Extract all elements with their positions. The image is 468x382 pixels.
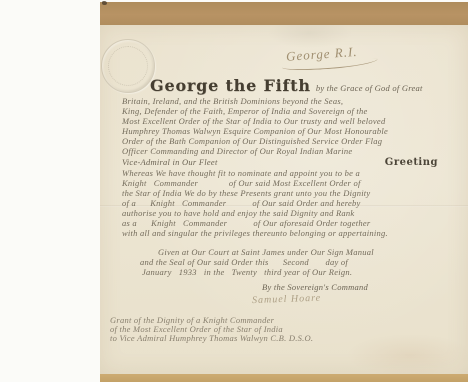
body-line: Given at Our Court at Saint James under … [140,247,440,257]
body-line: authorise you to have hold and enjoy the… [122,208,442,218]
body-line: Order of the Bath Companion of Our Disti… [122,136,442,146]
body-line: January 1933 in the Twenty third year of… [140,267,440,277]
album-page-band-top [100,2,468,25]
body-line: Officer Commanding and Director of Our R… [122,146,442,156]
embossed-seal-inner-ring [108,46,148,86]
body-line: the Star of India We do by these Present… [122,188,442,198]
body-line: with all and singular the privileges the… [122,228,442,238]
docket-annotation: Grant of the Dignity of a Knight Command… [110,316,360,343]
document-heading-row: George the Fifth by the Grace of God of … [150,76,462,95]
sovereigns-command-line: By the Sovereign's Command [220,282,410,292]
body-line: as a Knight Commander of Our aforesaid O… [122,218,442,228]
dating-clause-paragraph: Given at Our Court at Saint James under … [140,247,440,277]
salutation-text: Vice-Admiral in Our Fleet [122,157,218,167]
body-line: Britain, Ireland, and the British Domini… [122,96,442,106]
body-line: of a Knight Commander of Our said Order … [122,198,442,208]
body-line: Humphrey Thomas Walwyn Esquire Companion… [122,126,442,136]
heading-continuation: by the Grace of God of Great [316,83,423,93]
preamble-paragraph: Britain, Ireland, and the British Domini… [122,96,442,156]
greeting-word: Greeting [385,157,438,168]
docket-line: to Vice Admiral Humphrey Thomas Walwyn C… [110,334,360,343]
body-line: Knight Commander of Our said Most Excell… [122,178,442,188]
body-line: King, Defender of the Faith, Emperor of … [122,106,442,116]
document-heading: George the Fifth [150,76,311,95]
album-corner-speck [102,1,107,5]
body-line: and the Seal of Our said Order this Seco… [140,257,440,267]
embossed-seal-icon [101,39,155,93]
salutation-line: Vice-Admiral in Our Fleet Greeting [122,157,438,168]
minister-signature: Samuel Hoare [252,291,372,306]
document-scan: George R.I. George the Fifth by the Grac… [0,0,468,382]
body-line: Whereas We have thought fit to nominate … [122,168,442,178]
whereas-paragraph: Whereas We have thought fit to nominate … [122,168,442,238]
royal-warrant-document: George R.I. George the Fifth by the Grac… [100,25,468,374]
album-page-band-bottom [100,374,468,382]
body-line: Most Excellent Order of the Star of Indi… [122,116,442,126]
